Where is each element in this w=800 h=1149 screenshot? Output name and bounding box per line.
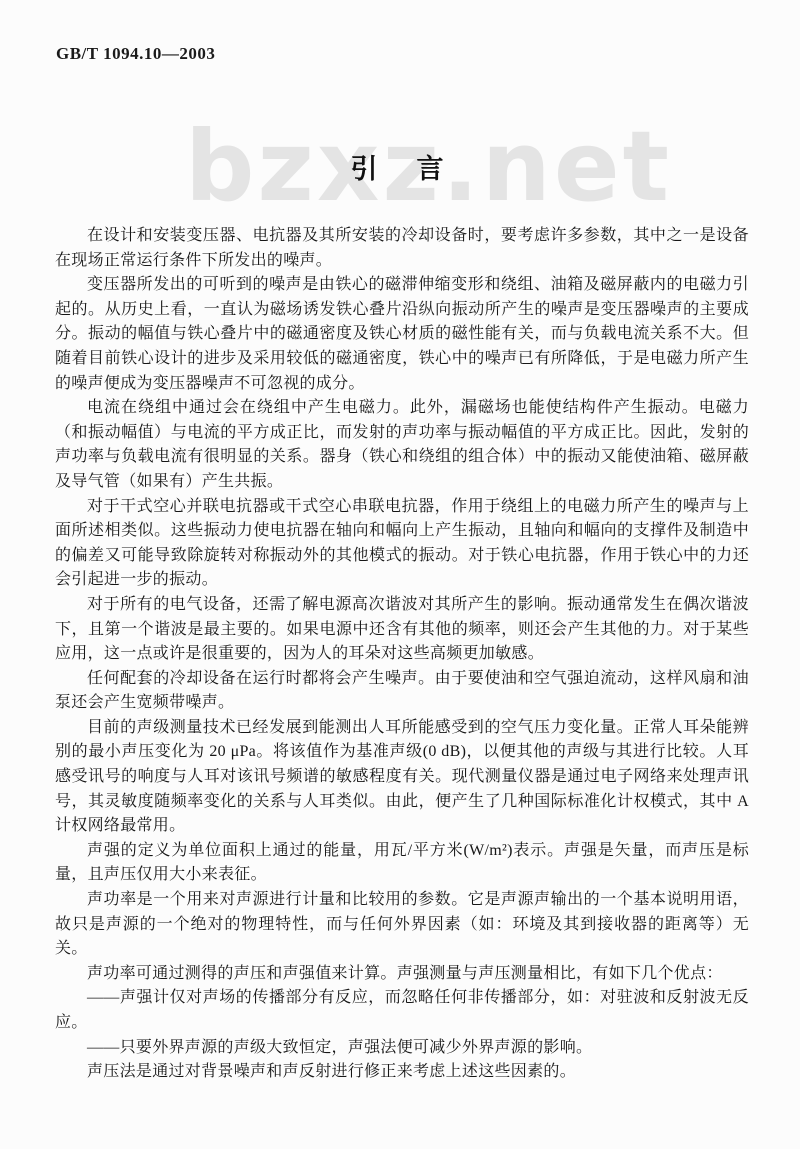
- paragraph: 变压器所发出的可听到的噪声是由铁心的磁滞伸缩变形和绕组、油箱及磁屏蔽内的电磁力引…: [55, 273, 749, 396]
- paragraph: 目前的声级测量技术已经发展到能测出人耳所能感受到的空气压力变化量。正常人耳朵能辨…: [55, 716, 749, 839]
- paragraph: 电流在绕组中通过会在绕组中产生电磁力。此外，漏磁场也能使结构件产生振动。电磁力（…: [55, 396, 749, 494]
- paragraph: 对于干式空心并联电抗器或干式空心串联电抗器，作用于绕组上的电磁力所产生的噪声与上…: [55, 495, 749, 593]
- scanned-document-page: GB/T 1094.10—2003 bzxz.net 引 言 在设计和安装变压器…: [0, 0, 800, 1149]
- paragraph: ——声强计仅对声场的传播部分有反应，而忽略任何非传播部分，如：对驻波和反射波无反…: [55, 986, 749, 1035]
- paragraph: 声压法是通过对背景噪声和声反射进行修正来考虑上述这些因素的。: [55, 1060, 749, 1085]
- page-title: 引 言: [351, 147, 450, 186]
- document-body: 在设计和安装变压器、电抗器及其所安装的冷却设备时，要考虑许多参数，其中之一是设备…: [55, 224, 749, 1085]
- paragraph: 任何配套的冷却设备在运行时都将会产生噪声。由于要使油和空气强迫流动，这样风扇和油…: [55, 667, 749, 716]
- paragraph: 在设计和安装变压器、电抗器及其所安装的冷却设备时，要考虑许多参数，其中之一是设备…: [55, 224, 749, 273]
- standard-number: GB/T 1094.10—2003: [56, 44, 215, 64]
- paragraph: 声功率是一个用来对声源进行计量和比较用的参数。它是声源声输出的一个基本说明用语，…: [55, 888, 749, 962]
- paragraph: ——只要外界声源的声级大致恒定，声强法便可减少外界声源的影响。: [55, 1036, 749, 1061]
- paragraph: 声强的定义为单位面积上通过的能量，用瓦/平方米(W/m²)表示。声强是矢量，而声…: [55, 839, 749, 888]
- title-row: 引 言: [0, 147, 800, 186]
- paragraph: 对于所有的电气设备，还需了解电源高次谐波对其所产生的影响。振动通常发生在偶次谐波…: [55, 593, 749, 667]
- paragraph: 声功率可通过测得的声压和声强值来计算。声强测量与声压测量相比，有如下几个优点：: [55, 962, 749, 987]
